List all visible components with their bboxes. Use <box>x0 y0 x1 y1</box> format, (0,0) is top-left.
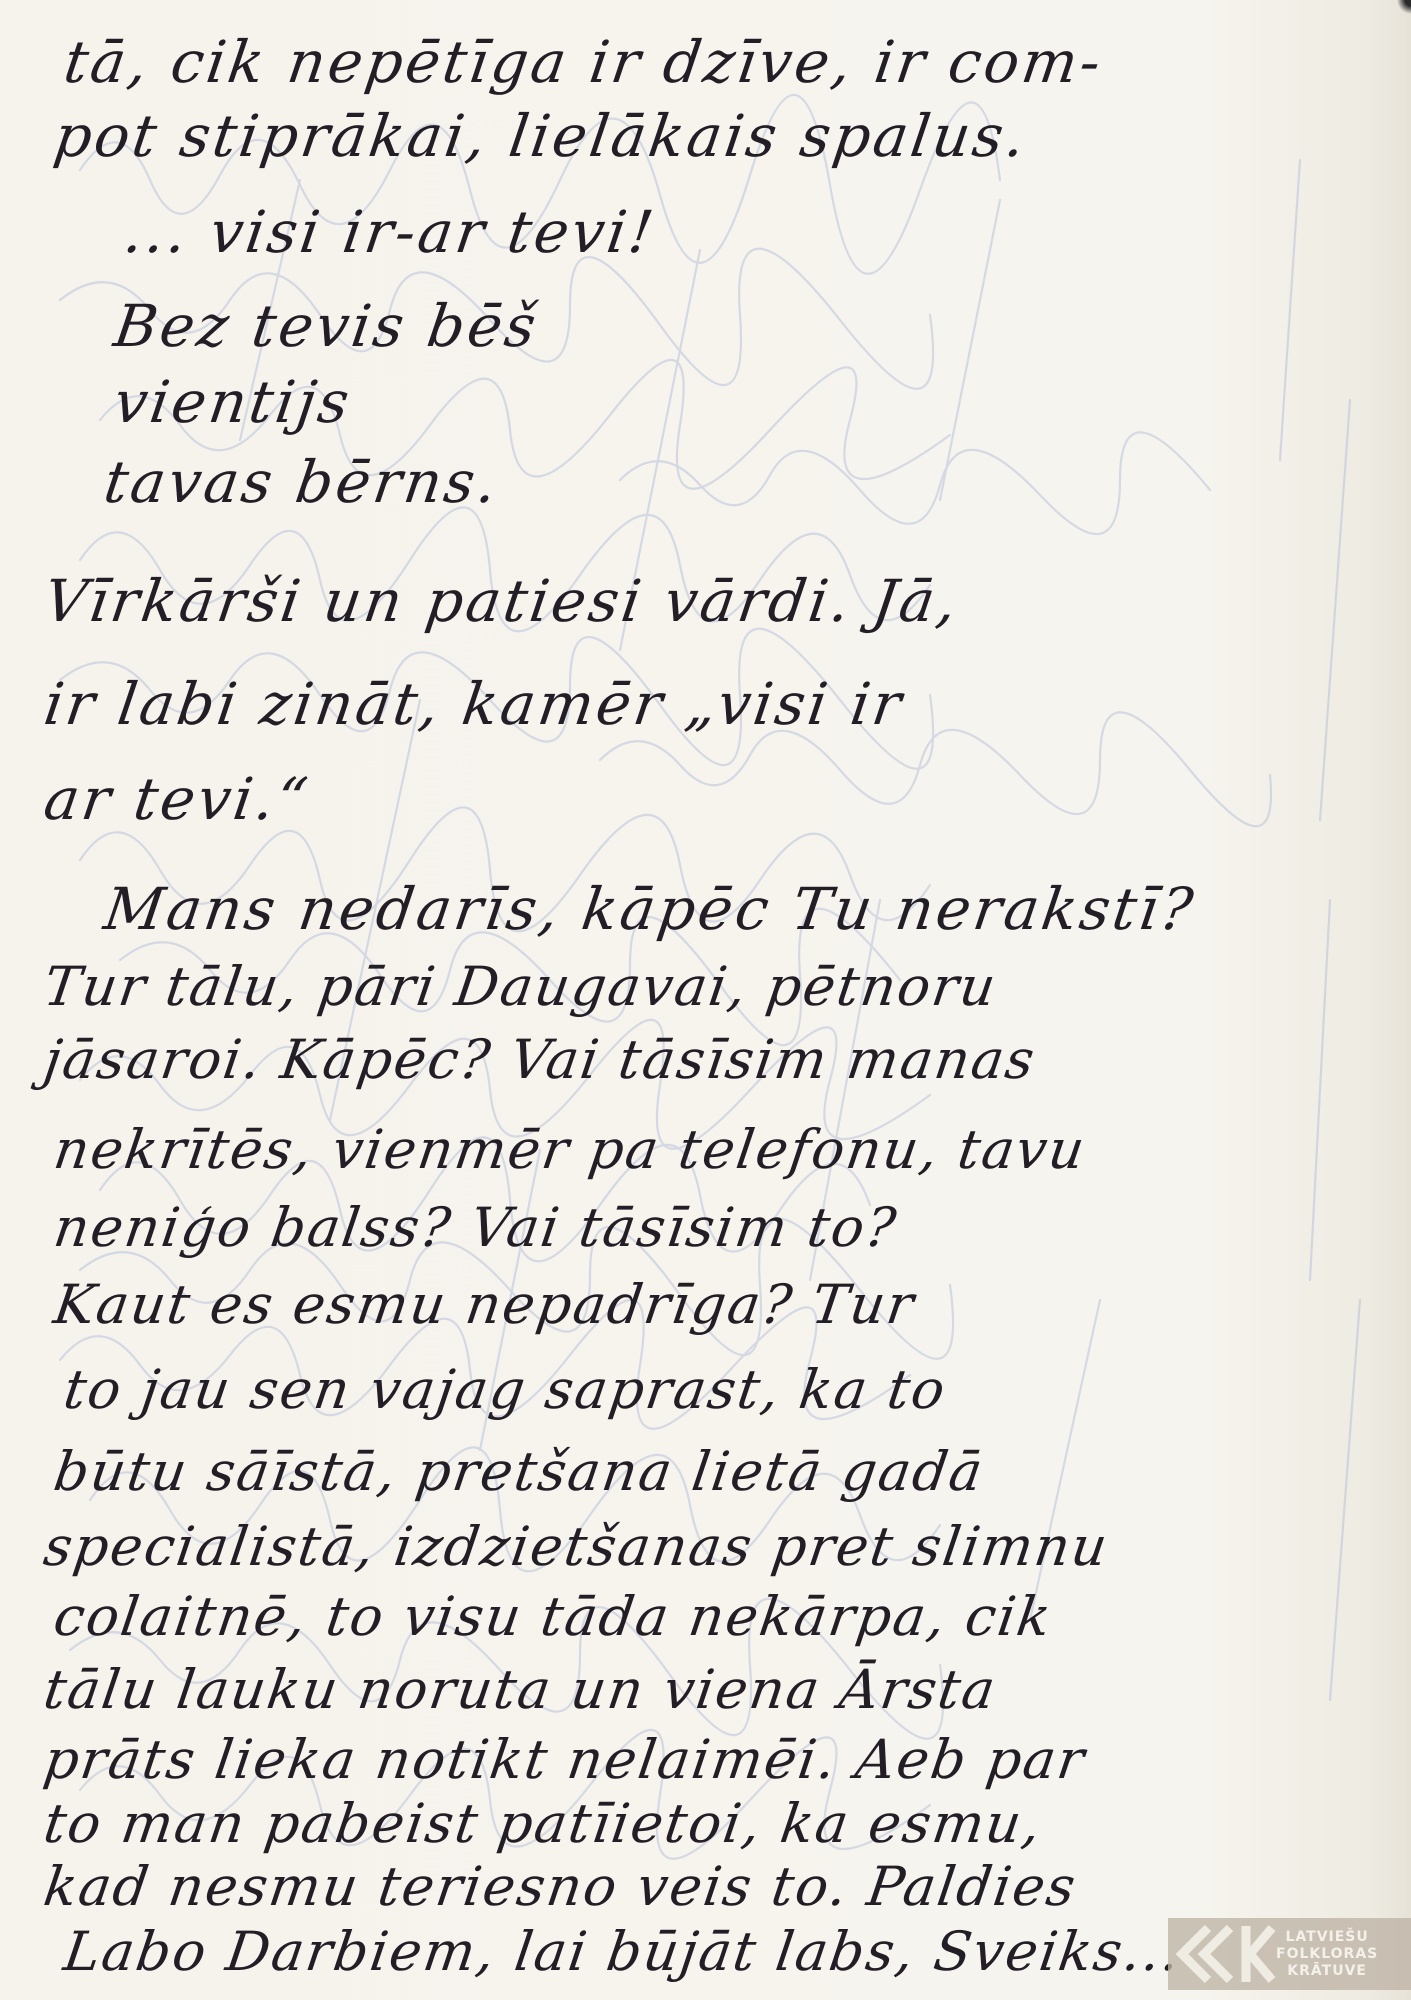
manuscript-line: Tur tālu, pāri Daugavai, pētnoru <box>40 955 1001 1018</box>
manuscript-line: ir labi zināt, kamēr „visi ir <box>40 670 908 738</box>
manuscript-line: tavas bērns. <box>100 448 504 516</box>
manuscript-line: Kaut es esmu nepadrīga? Tur <box>50 1273 919 1336</box>
manuscript-line: Mans nedarīs, kāpēc Tu nerakstī? <box>100 875 1200 943</box>
watermark-text: LATVIEŠU FOLKLORAS KRĀTUVE <box>1276 1929 1378 1980</box>
manuscript-line: būtu sāīstā, pretšana lietā gadā <box>50 1440 988 1503</box>
manuscript-line: ... visi ir-ar tevi! <box>120 198 660 266</box>
manuscript-line: pot stiprākai, lielākais spalus. <box>50 102 1032 170</box>
manuscript-line: prāts lieka notikt nelaimēi. Aeb par <box>40 1728 1090 1791</box>
manuscript-line: Labo Darbiem, lai būjāt labs, Sveiks... <box>60 1920 1186 1983</box>
manuscript-line: nekrītēs, vienmēr pa telefonu, tavu <box>50 1118 1090 1181</box>
manuscript-page: tā, cik nepētīga ir dzīve, ir com- pot s… <box>0 0 1411 2000</box>
lfk-chevron-logo-icon <box>1168 1918 1278 1990</box>
watermark-line: FOLKLORAS <box>1276 1946 1378 1963</box>
manuscript-line: Bez tevis bēš <box>110 292 543 360</box>
manuscript-line: to jau sen vajag saprast, ka to <box>60 1358 951 1421</box>
manuscript-line: Vīrkārši un patiesi vārdi. Jā, <box>40 567 964 635</box>
manuscript-line: kad nesmu teriesno veis to. Paldies <box>40 1855 1081 1918</box>
watermark-line: KRĀTUVE <box>1276 1963 1378 1980</box>
manuscript-line: ar tevi.“ <box>40 765 314 833</box>
manuscript-line: colaitnē, to visu tāda nekārpa, cik <box>50 1585 1057 1648</box>
manuscript-line: tā, cik nepētīga ir dzīve, ir com- <box>60 28 1108 96</box>
watermark-line: LATVIEŠU <box>1276 1929 1378 1946</box>
manuscript-line: jāsaroi. Kāpēc? Vai tāsīsim manas <box>40 1028 1040 1091</box>
manuscript-line: specialistā, izdzietšanas pret slimnu <box>40 1515 1113 1578</box>
manuscript-line: neniģo balss? Vai tāsīsim to? <box>50 1196 902 1259</box>
manuscript-line: vientijs <box>110 368 356 436</box>
page-corner-shadow <box>1391 0 1411 14</box>
manuscript-line: to man pabeist patīietoi, ka esmu, <box>40 1792 1046 1855</box>
archive-watermark: LATVIEŠU FOLKLORAS KRĀTUVE <box>1168 1918 1411 1990</box>
manuscript-line: tālu lauku noruta un viena Ārsta <box>40 1658 1001 1721</box>
